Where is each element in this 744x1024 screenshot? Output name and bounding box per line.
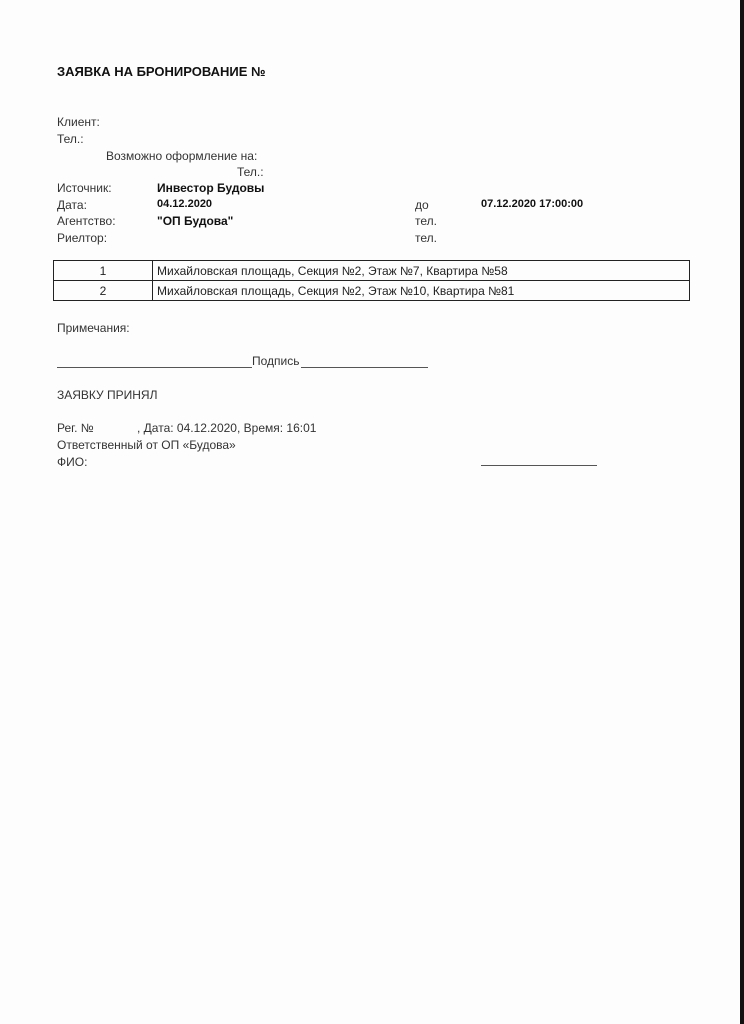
scan-edge bbox=[740, 0, 744, 1024]
realtor-phone-label: тел. bbox=[415, 231, 437, 245]
table-row: 1 Михайловская площадь, Секция №2, Этаж … bbox=[54, 261, 690, 281]
agency-label: Агентство: bbox=[57, 214, 116, 228]
fio-label: ФИО: bbox=[57, 455, 87, 469]
until-label: до bbox=[415, 198, 429, 212]
items-table: 1 Михайловская площадь, Секция №2, Этаж … bbox=[53, 260, 690, 301]
source-label: Источник: bbox=[57, 181, 112, 195]
client-label: Клиент: bbox=[57, 115, 100, 129]
agency-value: "ОП Будова" bbox=[157, 214, 233, 228]
reg-date-time: , Дата: 04.12.2020, Время: 16:01 bbox=[137, 421, 316, 435]
date-value: 04.12.2020 bbox=[157, 198, 212, 210]
alt-registration-label: Возможно оформление на: bbox=[106, 149, 257, 163]
realtor-label: Риелтор: bbox=[57, 231, 107, 245]
document-title: ЗАЯВКА НА БРОНИРОВАНИЕ № bbox=[57, 64, 266, 79]
phone-label: Тел.: bbox=[57, 132, 84, 146]
item-description: Михайловская площадь, Секция №2, Этаж №7… bbox=[153, 261, 690, 281]
date-label: Дата: bbox=[57, 198, 87, 212]
notes-label: Примечания: bbox=[57, 321, 130, 335]
alt-phone-label: Тел.: bbox=[237, 165, 264, 179]
source-value: Инвестор Будовы bbox=[157, 181, 264, 195]
signature-line bbox=[301, 367, 428, 368]
signature-name-line bbox=[57, 367, 252, 368]
item-description: Михайловская площадь, Секция №2, Этаж №1… bbox=[153, 281, 690, 301]
reg-number-label: Рег. № bbox=[57, 421, 94, 435]
responsible-label: Ответственный от ОП «Будова» bbox=[57, 438, 236, 452]
fio-signature-line bbox=[481, 465, 597, 466]
signature-label: Подпись bbox=[252, 354, 300, 368]
accepted-heading: ЗАЯВКУ ПРИНЯЛ bbox=[57, 388, 157, 402]
table-row: 2 Михайловская площадь, Секция №2, Этаж … bbox=[54, 281, 690, 301]
item-number: 2 bbox=[54, 281, 153, 301]
until-value: 07.12.2020 17:00:00 bbox=[481, 198, 583, 210]
item-number: 1 bbox=[54, 261, 153, 281]
agency-phone-label: тел. bbox=[415, 214, 437, 228]
